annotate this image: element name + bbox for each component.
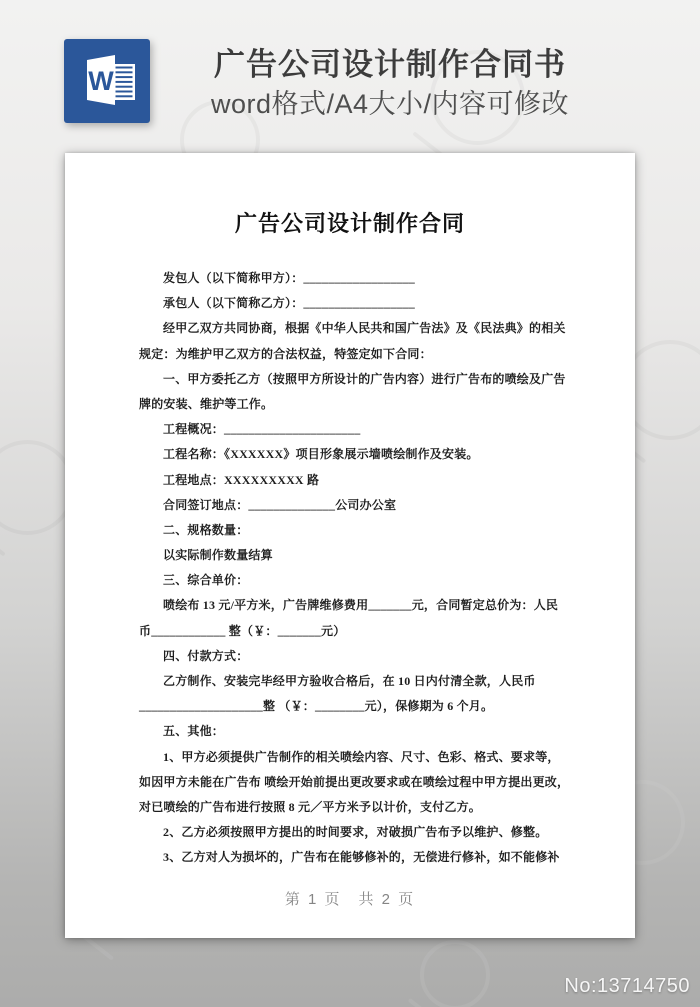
document-line: 工程概况：______________________ [139, 417, 561, 442]
document-line: 四、付款方式： [139, 644, 561, 669]
document-line: 3、乙方对人为损坏的，广告布在能够修补的，无偿进行修补，如不能修补 [139, 845, 561, 870]
document-line: 以实际制作数量结算 [139, 543, 561, 568]
document-line: 发包人（以下简称甲方）：__________________ [139, 266, 561, 291]
document-line: 工程名称：《XXXXXX》项目形象展示墙喷绘制作及安装。 [139, 442, 561, 467]
header-banner: W 广告公司设计制作合同书 word格式/A4大小/内容可修改 [0, 0, 700, 150]
document-line: 三、综合单价： [139, 568, 561, 593]
template-preview-screen: W 广告公司设计制作合同书 word格式/A4大小/内容可修改 广告公司设计制作… [0, 0, 700, 1007]
serial-number: No:13714750 [564, 975, 690, 998]
document-line: 2、乙方必须按照甲方提出的时间要求，对破损广告布予以维护、修整。 [139, 820, 561, 845]
document-line: 如因甲方未能在广告布 喷绘开始前提出更改要求或在喷绘过程中甲方提出更改， [139, 770, 561, 795]
header-title: 广告公司设计制作合同书 [110, 44, 670, 86]
document-line: 五、其他： [139, 719, 561, 744]
document-line: 牌的安装、维护等工作。 [139, 392, 561, 417]
document-line: 经甲乙双方共同协商，根据《中华人民共和国广告法》及《民法典》的相关 [139, 316, 561, 341]
watermark-mark [420, 940, 490, 1007]
document-title: 广告公司设计制作合同 [139, 209, 561, 239]
header-text: 广告公司设计制作合同书 word格式/A4大小/内容可修改 [110, 44, 670, 120]
document-line: 币____________ 整（￥：_______元） [139, 619, 561, 644]
document-line: 对已喷绘的广告布进行按照 8 元／平方米予以计价，支付乙方。 [139, 795, 561, 820]
watermark-mark [0, 440, 75, 535]
document-line: 乙方制作、安装完毕经甲方验收合格后，在 10 日内付清全款，人民币 [139, 669, 561, 694]
document-line: 二、规格数量： [139, 518, 561, 543]
document-line: 喷绘布 13 元/平方米，广告牌维修费用_______元，合同暂定总价为：人民 [139, 593, 561, 618]
document-line: 合同签订地点：______________公司办公室 [139, 493, 561, 518]
document-line: 承包人（以下简称乙方）：__________________ [139, 291, 561, 316]
document-lines: 发包人（以下简称甲方）：__________________承包人（以下简称乙方… [139, 266, 561, 871]
document-line: 规定：为维护甲乙双方的合法权益，特签定如下合同： [139, 342, 561, 367]
document-line: 1、甲方必须提供广告制作的相关喷绘内容、尺寸、色彩、格式、要求等， [139, 745, 561, 770]
document-page: 广告公司设计制作合同 发包人（以下简称甲方）：_________________… [65, 153, 635, 938]
page-indicator: 第 1 页 共 2 页 [139, 890, 561, 910]
header-subtitle: word格式/A4大小/内容可修改 [110, 88, 670, 120]
document-line: ____________________整 （￥：________元），保修期为… [139, 694, 561, 719]
document-line: 一、甲方委托乙方（按照甲方所设计的广告内容）进行广告布的喷绘及广告 [139, 367, 561, 392]
document-line: 工程地点：XXXXXXXXX 路 [139, 468, 561, 493]
